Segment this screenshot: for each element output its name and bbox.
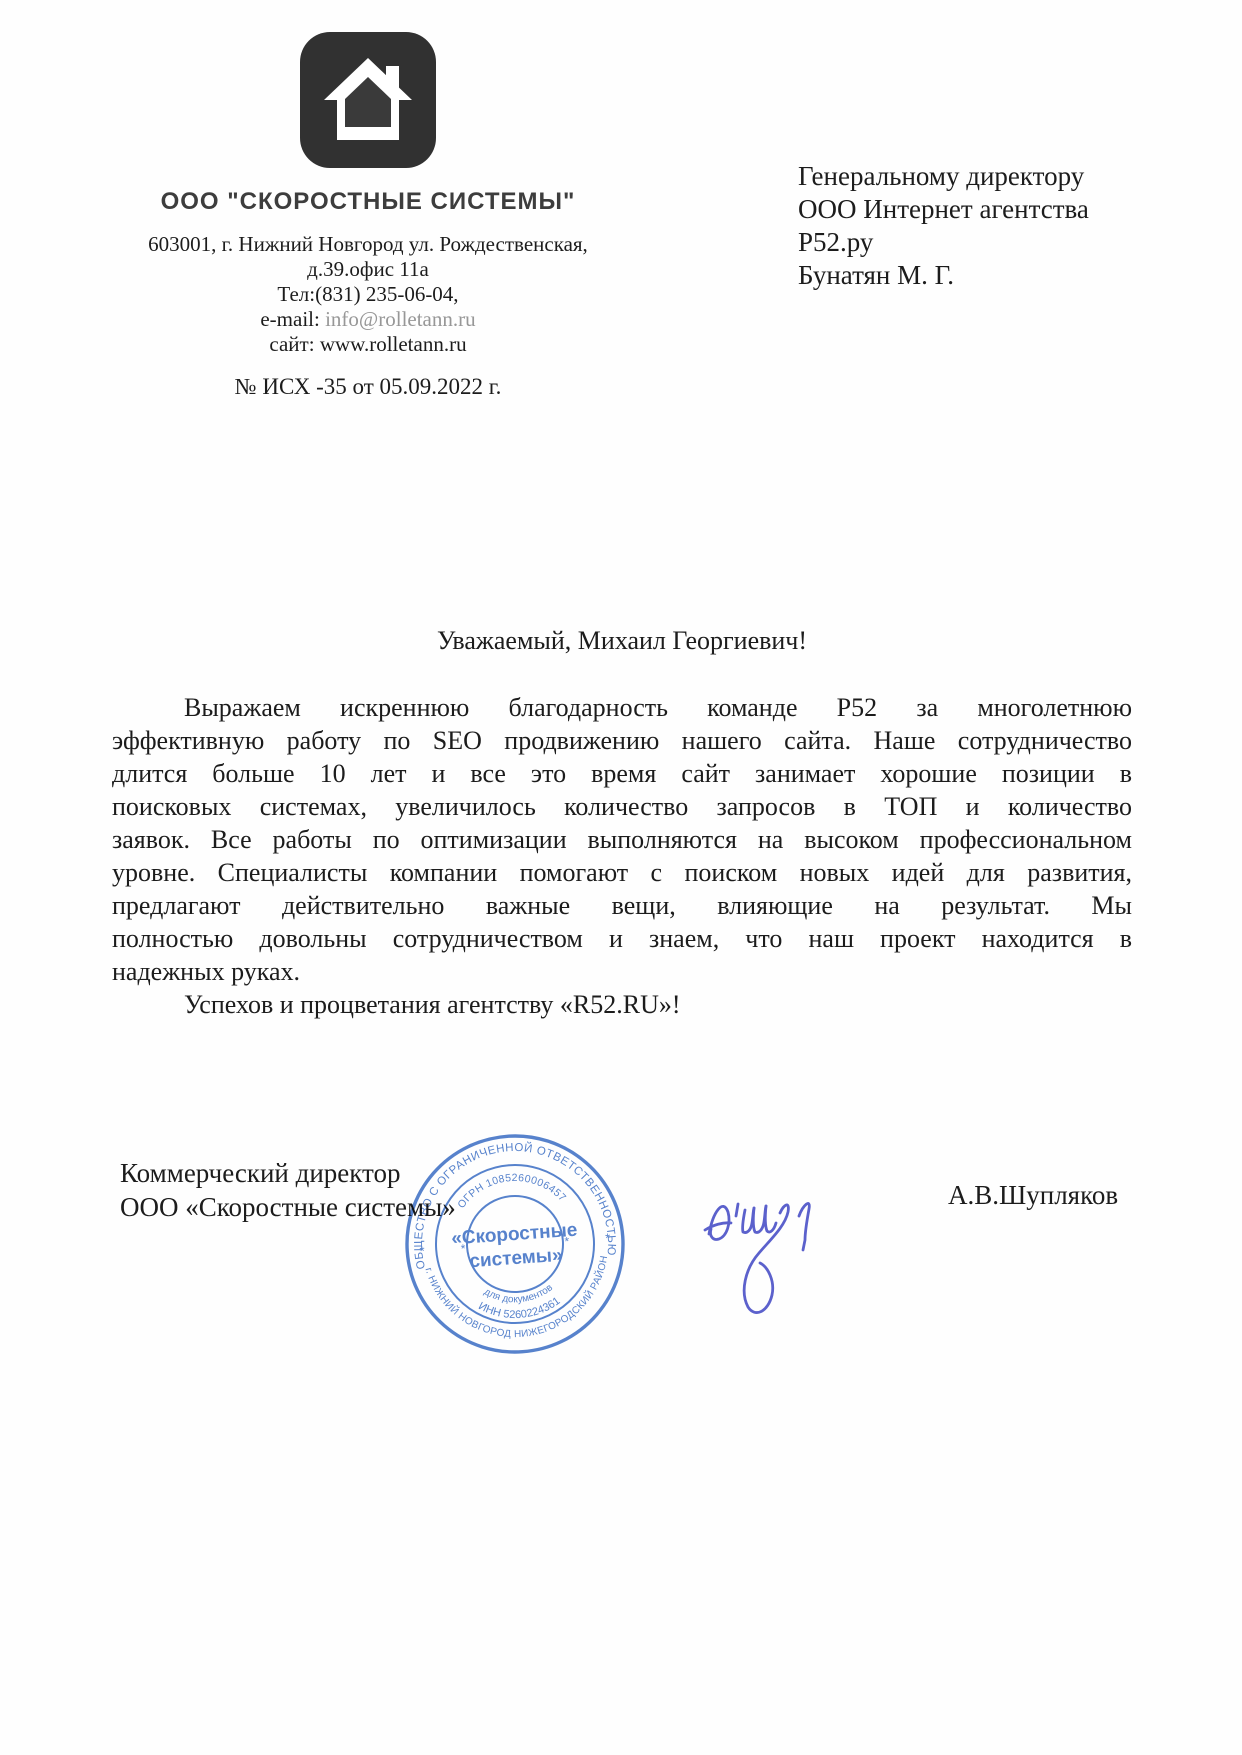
body-line: полностью довольны сотрудничеством и зна…	[112, 922, 1132, 955]
site-label: сайт:	[269, 332, 319, 356]
signer-name: А.В.Шупляков	[948, 1180, 1118, 1211]
body-line: заявок. Все работы по оптимизации выполн…	[112, 823, 1132, 856]
site-line: сайт: www.rolletann.ru	[133, 332, 603, 357]
site-value: www.rolletann.ru	[320, 332, 467, 356]
stamp-star-outer-right: *	[605, 1230, 611, 1245]
salutation: Уважаемый, Михаил Георгиевич!	[112, 626, 1132, 656]
body-line: эффективную работу по SEO продвижению на…	[112, 724, 1132, 757]
phone-line: Тел:(831) 235-06-04,	[133, 282, 603, 307]
body-line: поисковых системах, увеличилось количест…	[112, 790, 1132, 823]
body-line: уровне. Специалисты компании помогают с …	[112, 856, 1132, 889]
recipient-line-1: Генеральному директору	[798, 160, 1089, 193]
body-line: надежных руках.	[112, 955, 1132, 988]
stamp-center-line-2: системы»	[469, 1245, 564, 1272]
email-label: e-mail:	[260, 307, 325, 331]
recipient-block: Генеральному директору ООО Интернет аген…	[798, 160, 1089, 292]
company-logo	[298, 30, 438, 170]
outgoing-ref-number: № ИСХ -35 от 05.09.2022 г.	[133, 374, 603, 400]
letter-body: Выражаем искреннюю благодарность команде…	[112, 691, 1132, 1021]
stamp-star-outer-left: *	[419, 1243, 425, 1258]
email-line: e-mail: info@rolletann.ru	[133, 307, 603, 332]
letterhead: ООО "СКОРОСТНЫЕ СИСТЕМЫ" 603001, г. Нижн…	[133, 30, 603, 400]
address-line-1: 603001, г. Нижний Новгород ул. Рождестве…	[133, 232, 603, 257]
recipient-line-3: Р52.ру	[798, 226, 1089, 259]
scanned-letter-page: ООО "СКОРОСТНЫЕ СИСТЕМЫ" 603001, г. Нижн…	[0, 0, 1242, 1755]
handwritten-signature	[693, 1168, 853, 1338]
company-stamp: ОБЩЕСТВО С ОГРАНИЧЕННОЙ ОТВЕТСТВЕННОСТЬЮ…	[404, 1133, 626, 1355]
body-line: предлагают действительно важные вещи, вл…	[112, 889, 1132, 922]
closing-line: Успехов и процветания агентству «R52.RU»…	[112, 988, 1132, 1021]
email-value: info@rolletann.ru	[325, 307, 476, 331]
address-line-2: д.39.офис 11а	[133, 257, 603, 282]
letterhead-address: 603001, г. Нижний Новгород ул. Рождестве…	[133, 232, 603, 357]
recipient-line-4: Бунатян М. Г.	[798, 259, 1089, 292]
body-line: длится больше 10 лет и все это время сай…	[112, 757, 1132, 790]
recipient-line-2: ООО Интернет агентства	[798, 193, 1089, 226]
body-line: Выражаем искреннюю благодарность команде…	[112, 691, 1132, 724]
company-name: ООО "СКОРОСТНЫЕ СИСТЕМЫ"	[133, 188, 603, 216]
